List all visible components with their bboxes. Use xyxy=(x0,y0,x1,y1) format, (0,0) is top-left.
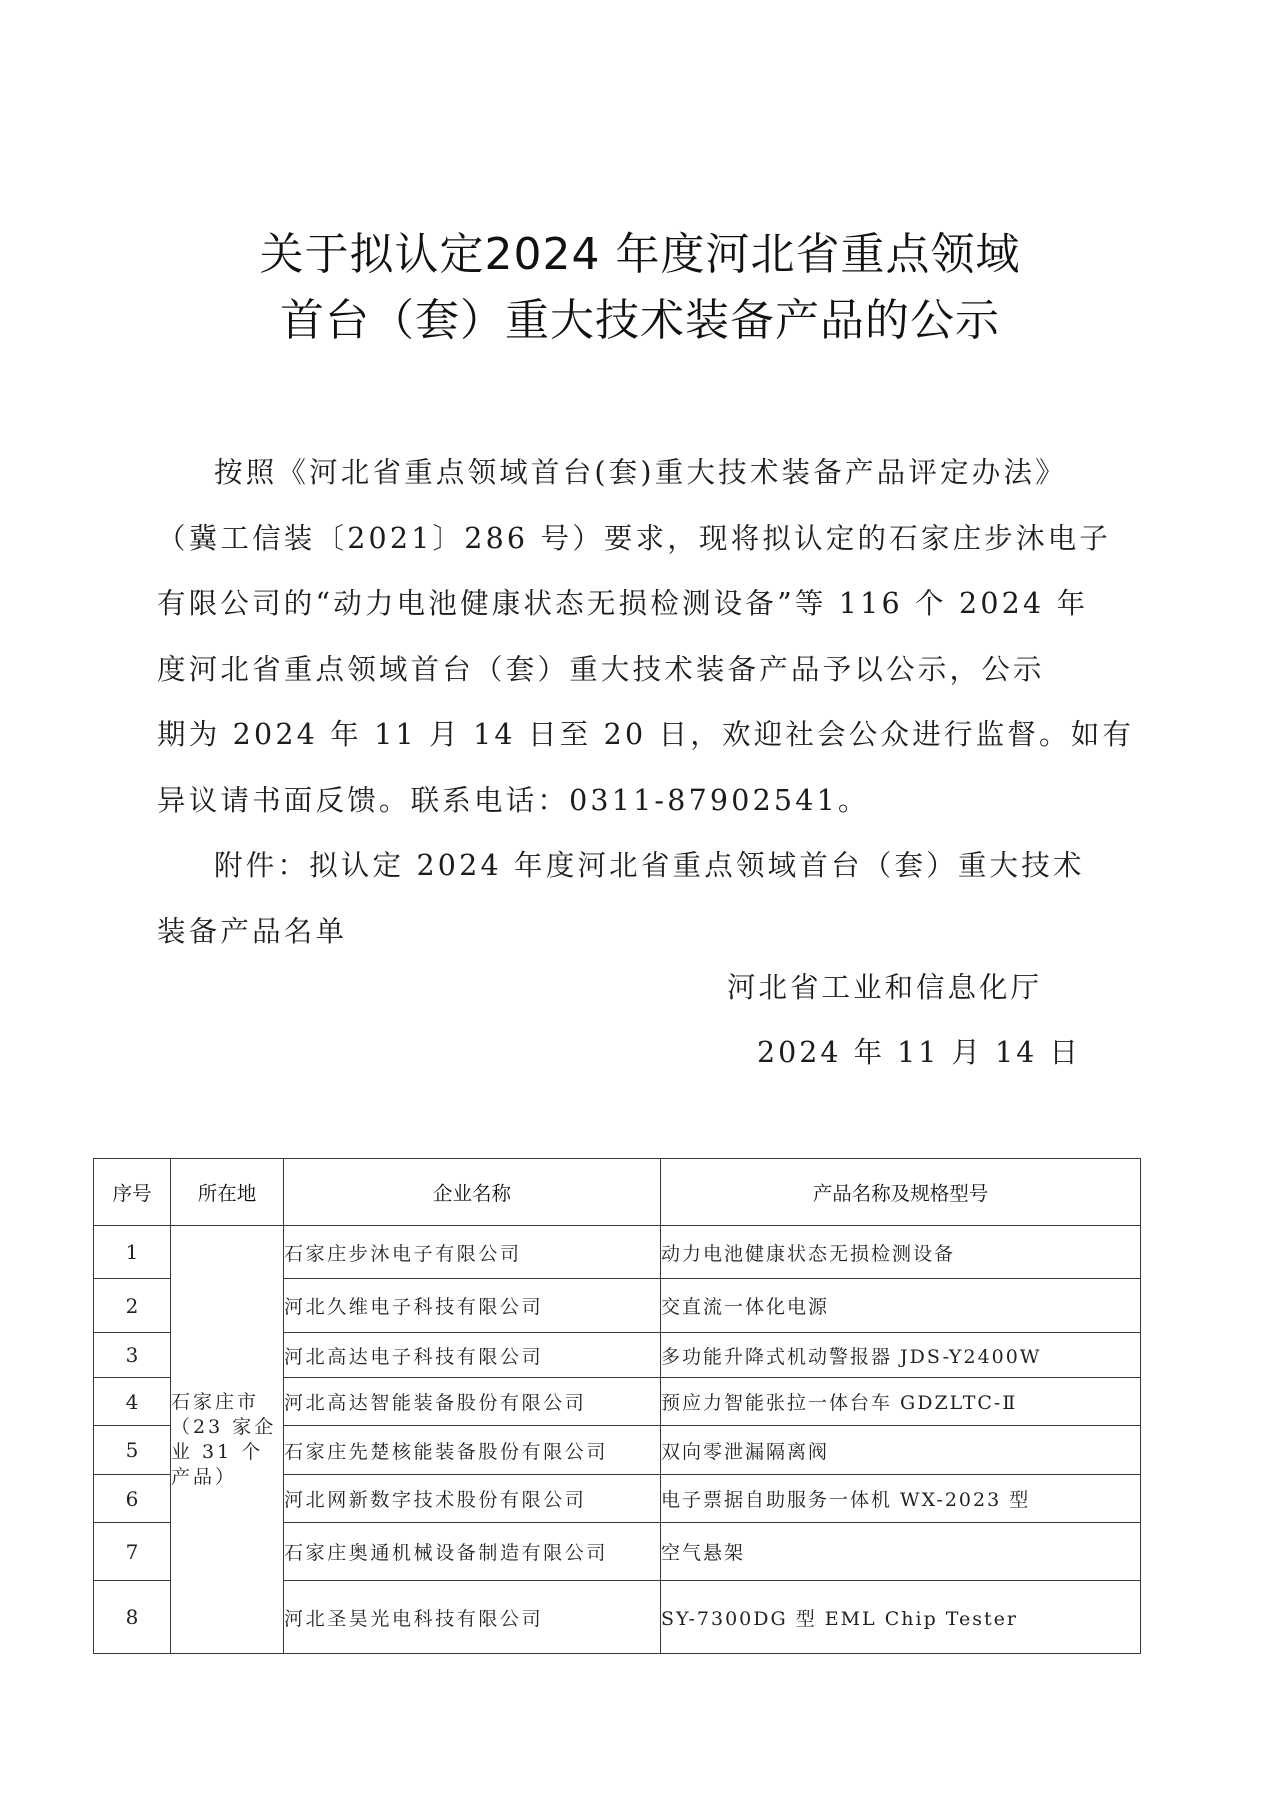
document-body: 按照《河北省重点领域首台(套)重大技术装备产品评定办法》 （冀工信装〔2021〕… xyxy=(157,440,1135,964)
location-cell: 石家庄市（23 家企业 31 个产品） xyxy=(171,1226,284,1654)
header-company: 企业名称 xyxy=(284,1159,661,1226)
row-index: 1 xyxy=(94,1226,171,1279)
body-line: （冀工信装〔2021〕286 号）要求，现将拟认定的石家庄步沐电子 xyxy=(100,506,1135,572)
product-name: 动力电池健康状态无损检测设备 xyxy=(661,1226,1141,1279)
attachment-paragraph: 附件：拟认定 2024 年度河北省重点领域首台（套）重大技术 装备产品名单 xyxy=(157,833,1135,964)
document-title: 关于拟认定2024 年度河北省重点领域 首台（套）重大技术装备产品的公示 xyxy=(0,222,1280,354)
signature-organization: 河北省工业和信息化厅 xyxy=(727,965,1042,1006)
product-name: 空气悬架 xyxy=(661,1523,1141,1581)
row-index: 2 xyxy=(94,1279,171,1333)
signature-date: 2024 年 11 月 14 日 xyxy=(757,1030,1081,1071)
table-header-row: 序号 所在地 企业名称 产品名称及规格型号 xyxy=(94,1159,1141,1226)
product-name: 双向零泄漏隔离阀 xyxy=(661,1426,1141,1475)
attachment-line: 装备产品名单 xyxy=(100,899,1135,965)
body-line: 期为 2024 年 11 月 14 日至 20 日，欢迎社会公众进行监督。如有 xyxy=(100,702,1135,768)
company-name: 河北久维电子科技有限公司 xyxy=(284,1279,661,1333)
header-product: 产品名称及规格型号 xyxy=(661,1159,1141,1226)
row-index: 8 xyxy=(94,1581,171,1654)
row-index: 3 xyxy=(94,1333,171,1378)
product-name: SY-7300DG 型 EML Chip Tester xyxy=(661,1581,1141,1654)
body-line: 按照《河北省重点领域首台(套)重大技术装备产品评定办法》 xyxy=(157,440,1135,506)
company-name: 河北圣昊光电科技有限公司 xyxy=(284,1581,661,1654)
header-index: 序号 xyxy=(94,1159,171,1226)
attachment-line: 附件：拟认定 2024 年度河北省重点领域首台（套）重大技术 xyxy=(157,833,1135,899)
title-line-2: 首台（套）重大技术装备产品的公示 xyxy=(0,288,1280,354)
body-line: 度河北省重点领域首台（套）重大技术装备产品予以公示，公示 xyxy=(100,637,1135,703)
body-line: 异议请书面反馈。联系电话：0311-87902541。 xyxy=(100,768,1135,834)
row-index: 7 xyxy=(94,1523,171,1581)
product-list-table: 序号 所在地 企业名称 产品名称及规格型号 1 石家庄市（23 家企业 31 个… xyxy=(93,1158,1141,1654)
product-name: 交直流一体化电源 xyxy=(661,1279,1141,1333)
row-index: 4 xyxy=(94,1378,171,1426)
row-index: 5 xyxy=(94,1426,171,1475)
body-line: 有限公司的“动力电池健康状态无损检测设备”等 116 个 2024 年 xyxy=(100,571,1135,637)
company-name: 河北网新数字技术股份有限公司 xyxy=(284,1475,661,1523)
company-name: 石家庄奥通机械设备制造有限公司 xyxy=(284,1523,661,1581)
table-row: 1 石家庄市（23 家企业 31 个产品） 石家庄步沐电子有限公司 动力电池健康… xyxy=(94,1226,1141,1279)
company-name: 河北高达智能装备股份有限公司 xyxy=(284,1378,661,1426)
title-line-1: 关于拟认定2024 年度河北省重点领域 xyxy=(0,222,1280,288)
company-name: 河北高达电子科技有限公司 xyxy=(284,1333,661,1378)
company-name: 石家庄先楚核能装备股份有限公司 xyxy=(284,1426,661,1475)
main-paragraph: 按照《河北省重点领域首台(套)重大技术装备产品评定办法》 （冀工信装〔2021〕… xyxy=(157,440,1135,833)
company-name: 石家庄步沐电子有限公司 xyxy=(284,1226,661,1279)
product-name: 电子票据自助服务一体机 WX-2023 型 xyxy=(661,1475,1141,1523)
header-location: 所在地 xyxy=(171,1159,284,1226)
row-index: 6 xyxy=(94,1475,171,1523)
product-name: 多功能升降式机动警报器 JDS-Y2400W xyxy=(661,1333,1141,1378)
product-name: 预应力智能张拉一体台车 GDZLTC-Ⅱ xyxy=(661,1378,1141,1426)
